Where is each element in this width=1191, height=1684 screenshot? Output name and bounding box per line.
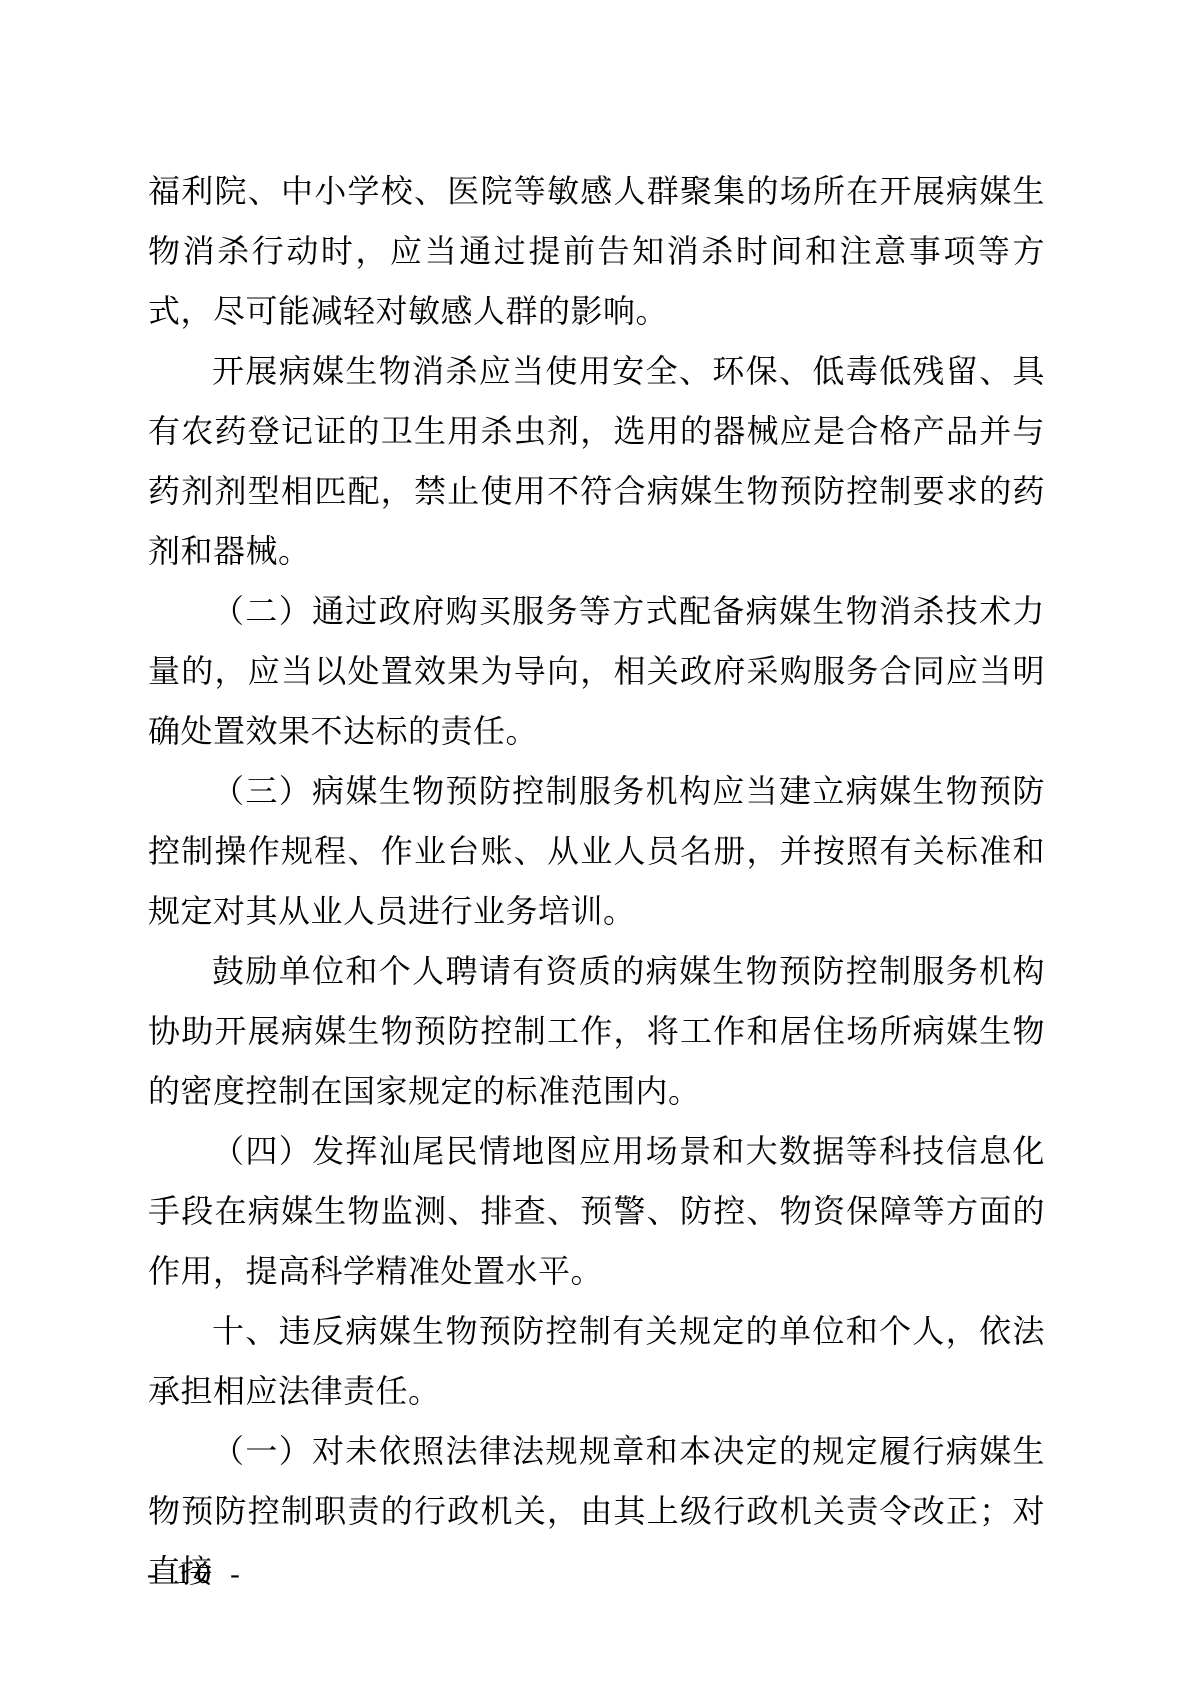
paragraph-item-1-administrative-organs: （一）对未依照法律法规规章和本决定的规定履行病媒生物预防控制职责的行政机关，由其… [148,1421,1045,1601]
paragraph-sensitive-sites-continuation: 福利院、中小学校、医院等敏感人群聚集的场所在开展病媒生物消杀行动时，应当通过提前… [148,161,1045,341]
paragraph-item-4-shanwei-map-big-data: （四）发挥汕尾民情地图应用场景和大数据等科技信息化手段在病媒生物监测、排查、预警… [148,1121,1045,1301]
paragraph-encourage-qualified-agencies: 鼓励单位和个人聘请有资质的病媒生物预防控制服务机构协助开展病媒生物预防控制工作，… [148,941,1045,1121]
paragraph-item-3-service-agencies: （三）病媒生物预防控制服务机构应当建立病媒生物预防控制操作规程、作业台账、从业人… [148,761,1045,941]
document-page: 福利院、中小学校、医院等敏感人群聚集的场所在开展病媒生物消杀行动时，应当通过提前… [0,0,1191,1684]
document-body: 福利院、中小学校、医院等敏感人群聚集的场所在开展病媒生物消杀行动时，应当通过提前… [148,161,1045,1601]
paragraph-pesticide-requirements: 开展病媒生物消杀应当使用安全、环保、低毒低残留、具有农药登记证的卫生用杀虫剂，选… [148,341,1045,581]
page-number: - 10 - [147,1556,246,1592]
paragraph-section-10-legal-liability: 十、违反病媒生物预防控制有关规定的单位和个人，依法承担相应法律责任。 [148,1301,1045,1421]
paragraph-item-2-government-procurement: （二）通过政府购买服务等方式配备病媒生物消杀技术力量的，应当以处置效果为导向，相… [148,581,1045,761]
